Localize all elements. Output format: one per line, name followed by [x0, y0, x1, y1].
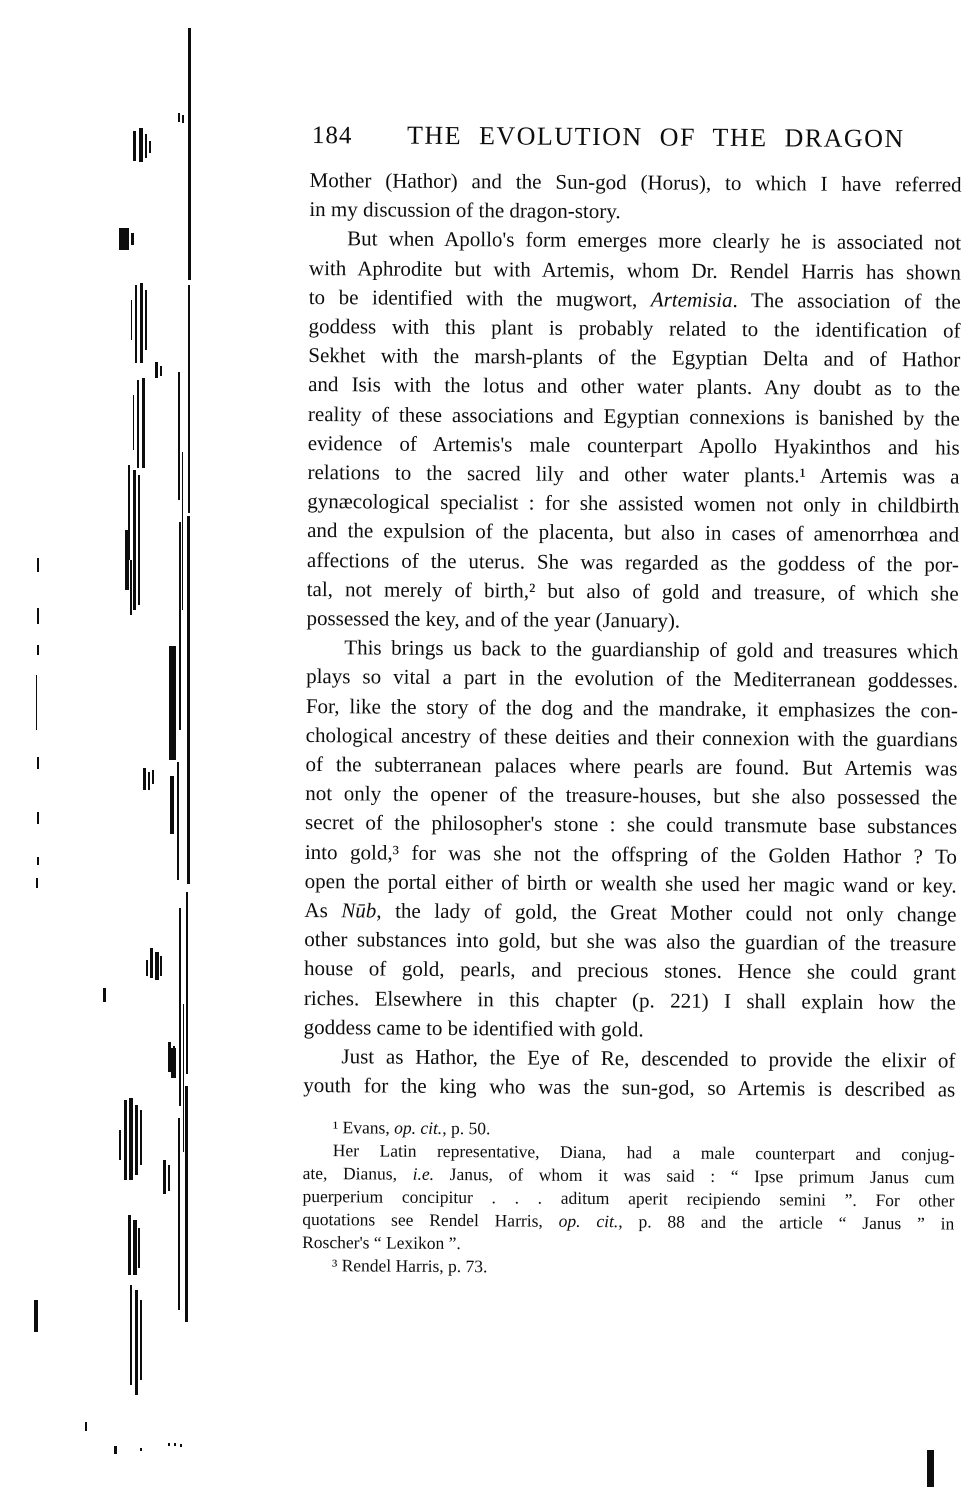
text-line: in my discussion of the dragon-story. [309, 195, 961, 229]
paragraph: Just as Hathor, the Eye of Re, descended… [303, 1042, 955, 1105]
text-line: affections of the uterus. She was regard… [307, 546, 959, 580]
italic-text-segment: Nūb [341, 898, 376, 922]
scan-artifact [133, 470, 136, 610]
scan-artifact [36, 878, 38, 888]
scan-artifact [148, 772, 150, 790]
scan-artifact [160, 956, 162, 976]
text-segment: relations to the sacred lily and other w… [307, 460, 959, 489]
body-text: Mother (Hathor) and the Sun-god (Horus),… [303, 166, 962, 1105]
text-line: to be identified with the mugwort, Artem… [309, 283, 961, 317]
text-line: Just as Hathor, the Eye of Re, descended… [303, 1042, 955, 1076]
scan-artifact [173, 1046, 175, 1070]
text-segment: evidence of Artemis's male counterpart A… [308, 431, 960, 460]
text-line: gynæcological specialist : for she assis… [307, 487, 959, 521]
scan-artifact [178, 113, 180, 122]
scan-artifact [186, 892, 188, 1074]
text-segment: Sekhet with the marsh-plants of the Egyp… [308, 343, 960, 372]
scan-artifact [37, 558, 39, 572]
scan-artifact [185, 1086, 188, 1322]
scan-artifact [927, 1450, 934, 1487]
text-segment: with Aphrodite but with Artemis, whom Dr… [309, 256, 961, 285]
scan-artifact [178, 372, 180, 500]
scan-artifact [138, 475, 140, 605]
text-line: goddess came to be identified with gold. [304, 1013, 956, 1047]
scan-artifact [155, 952, 159, 980]
text-segment: Her Latin representative, Diana, had a m… [333, 1140, 955, 1164]
scan-artifact [34, 1300, 38, 1332]
scan-artifact [37, 608, 39, 624]
scan-artifact [138, 1228, 140, 1268]
scan-artifact [174, 1443, 176, 1446]
text-segment: into gold,³ for was she not the offsprin… [305, 840, 957, 869]
scan-artifact [129, 1098, 133, 1180]
scan-artifact [131, 233, 134, 245]
text-line: Sekhet with the marsh-plants of the Egyp… [308, 341, 960, 375]
italic-text-segment: op. cit. [394, 1117, 442, 1137]
text-segment: . The association of the [732, 288, 960, 314]
scan-artifact [135, 1105, 138, 1175]
scan-artifact [133, 1220, 137, 1275]
scan-artifact [140, 1300, 142, 1380]
text-segment: This brings us back to the guardianship … [344, 636, 958, 664]
text-segment: gynæcological specialist : for she assis… [307, 489, 959, 518]
scan-artifact [133, 395, 134, 450]
scan-artifact [160, 366, 162, 376]
text-segment: of the subterranean palaces where pearls… [305, 752, 957, 781]
text-line: tal, not merely of birth,² but also of g… [307, 575, 959, 609]
text-segment: chological ancestry of these deities and… [306, 723, 958, 752]
scan-artifact [140, 1448, 142, 1451]
italic-text-segment: i.e. [413, 1163, 435, 1183]
text-segment: Just as Hathor, the Eye of Re, descended… [341, 1044, 955, 1072]
text-line: relations to the sacred lily and other w… [307, 458, 959, 492]
scan-artifact [124, 1100, 127, 1180]
running-head-title: THE EVOLUTION OF THE DRAGON [310, 120, 962, 155]
scan-artifact [37, 645, 39, 655]
text-segment: Mother (Hathor) and the Sun-god (Horus),… [309, 168, 961, 197]
text-segment: reality of these associations and Egypti… [308, 402, 960, 431]
scan-artifact [182, 115, 184, 123]
text-line: reality of these associations and Egypti… [308, 400, 960, 434]
text-segment: house of gold, pearls, and precious ston… [304, 956, 956, 985]
text-column: 184 THE EVOLUTION OF THE DRAGON Mother (… [302, 120, 962, 1281]
paragraph: But when Apollo's form emerges more clea… [306, 224, 961, 637]
scan-artifact [178, 1118, 180, 1310]
scan-artifact [152, 770, 154, 784]
text-segment: Roscher's “ Lexikon ”. [302, 1231, 461, 1252]
scan-artifact [119, 1130, 121, 1160]
scan-artifact [114, 1446, 117, 1454]
text-segment: riches. Elsewhere in this chapter (p. 22… [304, 986, 956, 1015]
text-line: As Nūb, the lady of gold, the Great Moth… [304, 896, 956, 930]
text-line: other substances into gold, but she was … [304, 925, 956, 959]
footnotes: ¹ Evans, op. cit., p. 50.Her Latin repre… [302, 1115, 955, 1281]
scan-artifact [149, 141, 151, 153]
scan-artifact [128, 1215, 131, 1275]
paragraph: Mother (Hathor) and the Sun-god (Horus),… [309, 166, 961, 229]
text-line: riches. Elsewhere in this chapter (p. 22… [304, 984, 956, 1018]
text-segment: and Isis with the lotus and other water … [308, 372, 960, 401]
scan-artifact [37, 757, 39, 769]
scan-artifact [188, 285, 190, 513]
scan-artifact [140, 283, 143, 363]
scan-artifact [155, 362, 158, 378]
scan-artifact [146, 960, 148, 976]
scan-artifact [182, 452, 183, 610]
scan-artifact [135, 285, 137, 363]
text-segment: quotations see Rendel Harris, [302, 1208, 558, 1230]
text-segment: open the portal either of birth or wealt… [305, 869, 957, 898]
text-segment: ¹ Evans, [333, 1117, 394, 1137]
text-segment: to be identified with the mugwort, [309, 285, 651, 311]
paragraph: ³ Rendel Harris, p. 73. [302, 1253, 954, 1281]
scan-artifact [168, 1443, 170, 1446]
text-segment: tal, not merely of birth,² but also of g… [307, 577, 959, 606]
paragraph: Her Latin representative, Diana, had a m… [302, 1138, 955, 1258]
scan-artifact [163, 1160, 166, 1194]
scan-artifact [37, 812, 39, 824]
scan-artifact [170, 776, 174, 834]
text-segment: other substances into gold, but she was … [304, 927, 956, 956]
text-line: of the subterranean palaces where pearls… [305, 750, 957, 784]
text-line: and Isis with the lotus and other water … [308, 370, 960, 404]
text-line: open the portal either of birth or wealt… [305, 867, 957, 901]
scan-artifact [183, 1004, 184, 1152]
page-header: 184 THE EVOLUTION OF THE DRAGON [310, 120, 962, 171]
text-segment: , the lady of gold, the Great Mother cou… [376, 899, 956, 927]
scan-artifact [36, 675, 37, 730]
scan-artifact [135, 1290, 138, 1395]
scan-artifact [168, 1042, 171, 1072]
scan-artifact [139, 128, 143, 162]
scan-artifact [140, 1110, 142, 1165]
scan-artifact [187, 516, 190, 884]
text-segment: As [304, 898, 341, 922]
italic-text-segment: op. cit. [559, 1210, 619, 1230]
text-segment: in my discussion of the dragon-story. [309, 197, 620, 223]
scan-artifact [180, 1444, 182, 1447]
scan-artifact [125, 530, 129, 590]
text-segment: and the expulsion of the placenta, but a… [307, 518, 959, 547]
scan-artifact [188, 28, 191, 280]
text-segment: plays so vital a part in the evolution o… [306, 664, 958, 693]
scan-artifact [85, 1422, 87, 1431]
scanned-book-page: 184 THE EVOLUTION OF THE DRAGON Mother (… [0, 0, 979, 1488]
scan-artifact [143, 768, 146, 790]
text-line: goddess with this plant is probably rela… [308, 312, 960, 346]
text-segment: Janus, of whom it was said : “ Ipse prim… [434, 1163, 955, 1187]
text-segment: But when Apollo's form emerges more clea… [347, 227, 961, 255]
text-segment: secret of the philosopher's stone : she … [305, 810, 957, 839]
scan-artifact [177, 762, 179, 880]
text-segment: puerperium concipitur . . . aditum aperi… [302, 1185, 954, 1210]
text-segment: not only the opener of the treasure-hous… [305, 781, 957, 810]
scan-artifact [168, 1165, 170, 1191]
text-line: For, like the story of the dog and the m… [306, 692, 958, 726]
text-line: into gold,³ for was she not the offsprin… [305, 838, 957, 872]
text-segment: goddess with this plant is probably rela… [308, 314, 960, 343]
page-number: 184 [312, 122, 353, 150]
scan-artifact [130, 1285, 132, 1385]
text-segment: youth for the king who was the sun-god, … [303, 1073, 955, 1102]
text-line: chological ancestry of these deities and… [306, 721, 958, 755]
text-line: not only the opener of the treasure-hous… [305, 779, 957, 813]
scan-artifact [169, 646, 176, 760]
footnote-line: ³ Rendel Harris, p. 73. [302, 1253, 954, 1281]
text-segment: , p. 88 and the article “ Janus ” in [618, 1211, 954, 1233]
scan-artifact [179, 908, 181, 1106]
text-segment: ate, Dianus, [303, 1162, 413, 1183]
scan-artifact [133, 131, 136, 161]
text-line: possessed the key, and of the year (Janu… [306, 604, 958, 638]
text-line: youth for the king who was the sun-god, … [303, 1071, 955, 1105]
text-segment: , p. 50. [442, 1117, 490, 1137]
scan-artifact [142, 378, 145, 468]
scan-artifact [145, 134, 147, 158]
italic-text-segment: Artemisia [651, 287, 733, 312]
text-segment: goddess came to be identified with gold. [304, 1015, 644, 1041]
scan-artifact [150, 948, 153, 978]
text-line: Mother (Hathor) and the Sun-god (Horus),… [309, 166, 961, 200]
text-line: with Aphrodite but with Artemis, whom Dr… [309, 254, 961, 288]
text-line: evidence of Artemis's male counterpart A… [308, 429, 960, 463]
text-line: house of gold, pearls, and precious ston… [304, 954, 956, 988]
text-segment: For, like the story of the dog and the m… [306, 694, 958, 723]
scan-artifact [130, 560, 132, 615]
text-line: plays so vital a part in the evolution o… [306, 662, 958, 696]
scan-artifact [179, 522, 181, 730]
text-line: But when Apollo's form emerges more clea… [309, 224, 961, 258]
scan-artifact [37, 857, 39, 865]
paragraph: This brings us back to the guardianship … [304, 633, 959, 1046]
scan-artifact [119, 228, 129, 250]
scan-artifact [137, 380, 139, 468]
text-line: secret of the philosopher's stone : she … [305, 808, 957, 842]
text-segment: possessed the key, and of the year (Janu… [306, 606, 680, 633]
scan-artifact [131, 300, 132, 340]
text-line: This brings us back to the guardianship … [306, 633, 958, 667]
scan-artifact [103, 988, 106, 1002]
text-segment: affections of the uterus. She was regard… [307, 548, 959, 577]
text-segment: ³ Rendel Harris, p. 73. [332, 1255, 488, 1276]
scan-artifact [145, 290, 147, 350]
text-line: and the expulsion of the placenta, but a… [307, 516, 959, 550]
